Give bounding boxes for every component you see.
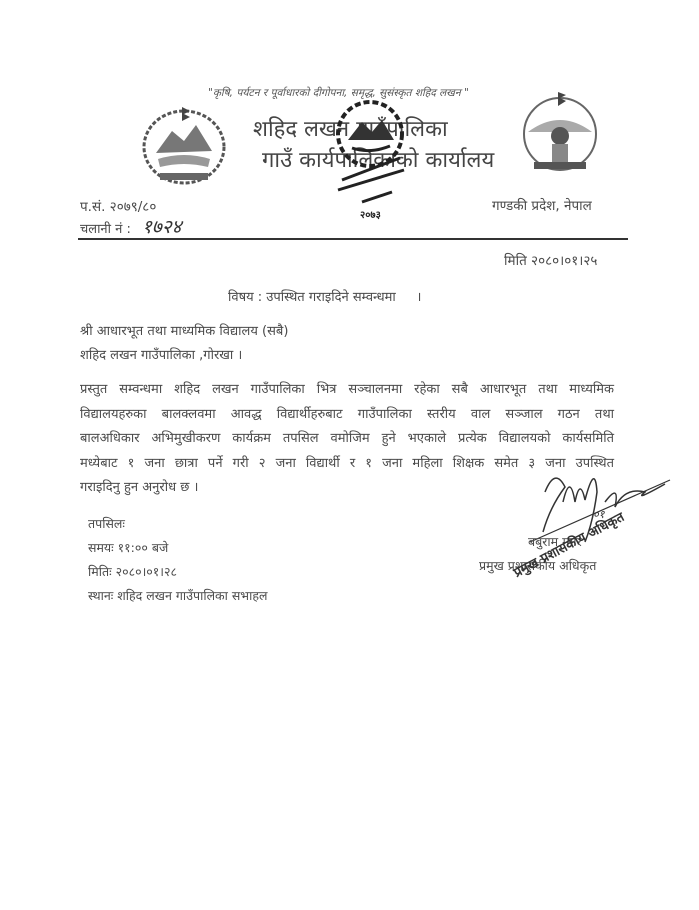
details-time: समयः ११:०० बजे <box>88 536 267 560</box>
letter-date: मिति २०८०।०१।२५ <box>504 251 597 269</box>
municipality-logo-icon <box>516 88 604 176</box>
letter-subject: विषय : उपस्थित गराइदिने सम्वन्धमा । <box>228 287 421 305</box>
details-heading: तपसिलः <box>88 512 267 536</box>
program-details: तपसिलः समयः ११:०० बजे मितिः २०८०।०१।२८ स… <box>88 512 267 608</box>
details-venue: स्थानः शहिद लखन गाउँपालिका सभाहल <box>88 584 267 608</box>
addressee-line2: शहिद लखन गाउँपालिका ,गोरखा । <box>80 345 242 363</box>
addressee-line1: श्री आधारभूत तथा माध्यमिक विद्यालय (सबै) <box>80 321 288 339</box>
body-line: बालअधिकार अभिमुखीकरण कार्यक्रम तपसिल वमो… <box>80 427 614 452</box>
header-divider <box>78 238 628 240</box>
chalani-label: चलानी नं : <box>80 219 131 237</box>
body-line: प्रस्तुत सम्वन्धमा शहिद लखन गाउँपालिका भ… <box>80 378 614 403</box>
office-stamp-icon: २०७३ <box>322 92 418 222</box>
body-line: विद्यालयहरुका बालक्लवमा आवद्ध विद्यार्थी… <box>80 403 614 428</box>
svg-text:२०७३: २०७३ <box>360 210 381 221</box>
nepal-emblem-icon <box>138 101 230 189</box>
province: गण्डकी प्रदेश, नेपाल <box>492 196 592 214</box>
details-date: मितिः २०८०।०१।२८ <box>88 560 267 584</box>
chalani-number: १७२४ <box>142 213 182 239</box>
